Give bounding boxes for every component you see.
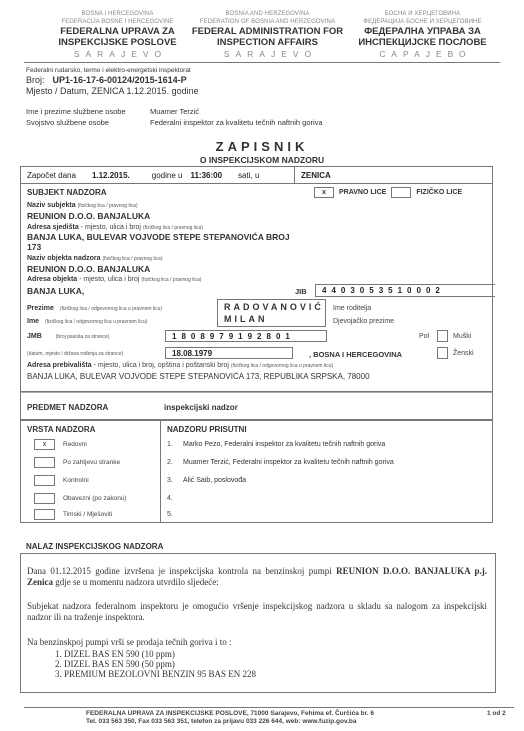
country-name: BOSNIA AND HERZEGOVINA xyxy=(180,10,355,18)
case-number: Broj:UP1-16-17-6-00124/2015-1614-P xyxy=(26,75,199,86)
first-name-value: MILAN xyxy=(224,314,268,324)
jib-value: 4403053510002 xyxy=(315,284,495,297)
seat-address-value: BANJA LUKA, BULEVAR VOJVODE STEPE STEPAN… xyxy=(27,232,290,242)
first-name-label: Ime (fizičkog lica / odgovornog lica u p… xyxy=(27,318,147,325)
findings-paragraph-2: Subjekat nadzora federalnom inspektoru j… xyxy=(27,601,487,623)
city-name: САРАЈЕВО xyxy=(335,48,510,60)
footer-contact: Tel. 033 563 350, Fax 033 563 351, telef… xyxy=(86,718,374,726)
legal-entity-label: PRAVNO LICE xyxy=(339,189,386,196)
inspection-subject-value: inspekcijski nadzor xyxy=(164,403,238,412)
birth-info-label: (datum, mjesto i država rođenja za stran… xyxy=(27,351,123,357)
inspection-type-title: VRSTA NADZORA xyxy=(27,425,95,434)
gender-label: Pol xyxy=(419,333,429,340)
maiden-name-label: Djevojačko prezime xyxy=(333,318,394,325)
label-text: Ime xyxy=(27,318,39,325)
seat-address-value-line2: 173 xyxy=(27,242,41,252)
city-name: SARAJEVO xyxy=(180,48,355,60)
start-date-value: 1.12.2015. xyxy=(92,171,130,180)
type-control-label: Kontrolni xyxy=(63,477,89,484)
object-address-value: BANJA LUKA, xyxy=(27,286,84,296)
official-role-value: Federalni inspektor za kvalitetu tečnih … xyxy=(150,117,323,128)
type-mandatory-checkbox[interactable] xyxy=(34,493,55,504)
residence-address-label: Adresa prebivališta - mjesto, ulica i br… xyxy=(27,362,333,369)
seat-address-label: Adresa sjedišta - mjesto, ulica i broj (… xyxy=(27,224,203,231)
title-main: ZAPISNIK xyxy=(0,140,524,154)
label-mid: - mjesto, ulica i broj, opština i poštan… xyxy=(92,362,229,369)
object-name-label: Naziv objekta nadzora (fizičkog lica / p… xyxy=(27,255,163,262)
label-hint: (fizičkog lica / odgovornog lica u pravn… xyxy=(60,306,162,312)
findings-paragraph-3: Na benzinskpoj pumpi vrši se prodaja teč… xyxy=(27,637,487,648)
parent-name-label: Ime roditelja xyxy=(333,305,371,312)
present-person-num: 3. xyxy=(167,477,173,484)
label-mid: - mjesto, ulica i broj xyxy=(79,224,141,231)
fuel-list: 1. DIZEL BAS EN 590 (10 ppm) 2. DIZEL BA… xyxy=(55,649,256,679)
type-on-request-label: Po zahtjevu stranke xyxy=(63,459,120,466)
entity-type: x PRAVNO LICE FIZIČKO LICE xyxy=(314,187,462,198)
type-regular-checkbox[interactable]: x xyxy=(34,439,55,450)
city-name: SARAJEVO xyxy=(30,48,205,60)
federation-name: ФЕДЕРАЦИЈА БОСНЕ И ХЕРЦЕГОВИНЕ xyxy=(335,18,510,26)
findings-paragraph-1: Dana 01.12.2015 godine izvršena je inspe… xyxy=(27,566,487,588)
title-sub: O INSPEKCIJSKOM NADZORU xyxy=(0,155,524,166)
type-on-request-checkbox[interactable] xyxy=(34,457,55,468)
findings-section: Dana 01.12.2015 godine izvršena je inspe… xyxy=(20,553,496,693)
label-hint: (broj pasoša za strance) xyxy=(56,334,110,340)
country-name: BOSNA I HERCEGOVINA xyxy=(30,10,205,18)
agency-name-line1: FEDERALNA UPRAVA ZA xyxy=(30,26,205,37)
type-regular-label: Redovni xyxy=(63,441,87,448)
label-text: Adresa prebivališta xyxy=(27,362,92,369)
official-name-value: Muamer Terzić xyxy=(150,106,199,117)
inspection-subject-row: PREDMET NADZORA inspekcijski nadzor xyxy=(20,392,493,420)
footer: FEDERALNA UPRAVA ZA INSPEKCIJSKE POSLOVE… xyxy=(86,710,374,726)
object-name-value: REUNION D.O.O. BANJALUKA xyxy=(27,264,150,274)
start-date-label: Započet dana xyxy=(27,171,76,180)
present-person-num: 4. xyxy=(167,495,173,502)
page-number: 1 od 2 xyxy=(487,710,506,717)
country-name: БОСНА И ХЕРЦЕГОВИНА xyxy=(335,10,510,18)
fuel-item: 1. DIZEL BAS EN 590 (10 ppm) xyxy=(55,649,256,659)
federation-name: FEDERATION OF BOSNIA AND HERZEGOVINA xyxy=(180,18,355,26)
start-place-label: sati, u xyxy=(238,171,259,180)
present-person-num: 1. xyxy=(167,441,173,448)
type-mandatory-label: Obavezni (po zakonu) xyxy=(63,495,127,502)
natural-person-label: FIZIČKO LICE xyxy=(416,189,462,196)
label-hint: (fizičkog lica / odgovornog lica u pravn… xyxy=(45,319,147,325)
label-hint: (fizičkog lica / pravnog lica) xyxy=(141,277,201,283)
label-text: JMB xyxy=(27,333,42,340)
type-control-checkbox[interactable] xyxy=(34,475,55,486)
label-hint: (fizičkog lica / pravnog lica) xyxy=(78,203,138,209)
agency-name-line2: INSPECTION AFFAIRS xyxy=(180,37,355,48)
surname-label: Prezime (fizičkog lica / odgovornog lica… xyxy=(27,305,162,312)
header-divider xyxy=(24,62,500,63)
female-checkbox[interactable] xyxy=(437,347,448,359)
jmb-label: JMB (broj pasoša za strance) xyxy=(27,333,109,340)
present-persons-title: NADZORU PRISUTNI xyxy=(167,425,247,434)
male-label: Muški xyxy=(453,333,471,340)
label-mid: - mjesto, ulica i broj xyxy=(77,276,139,283)
name-box: RADOVANOVIĆ MILAN xyxy=(217,299,326,327)
place-date: Mjesto / Datum, ZENICA 1.12.2015. godine xyxy=(26,86,199,97)
label-hint: (fizičkog lica / pravnog lica) xyxy=(102,256,162,262)
jmb-value: 1808979192801 xyxy=(165,330,327,342)
label-text: Naziv subjekta xyxy=(27,202,76,209)
label-hint: (fizičkog lica / pravnog lica) xyxy=(143,225,203,231)
subject-name-value: REUNION D.O.O. BANJALUKA xyxy=(27,211,150,221)
type-team-label: Timski / Mješoviti xyxy=(63,511,112,518)
object-address-label: Adresa objekta - mjesto, ulica i broj (f… xyxy=(27,276,201,283)
male-checkbox[interactable] xyxy=(437,330,448,342)
subject-section-title: SUBJEKT NADZORA xyxy=(27,188,107,197)
agency-name-line1: FEDERAL ADMINISTRATION FOR xyxy=(180,26,355,37)
present-person: Alić Saib, poslovođa xyxy=(183,477,246,484)
label-text: Prezime xyxy=(27,305,54,312)
present-person: Muamer Terzić, Federalni inspektor za kv… xyxy=(183,459,394,466)
legal-entity-checkbox[interactable]: x xyxy=(314,187,334,198)
official-info: Ime i prezime službene osobeMuamer Terzi… xyxy=(26,106,323,128)
agency-name-line2: INSPEKCIJSKE POSLOVE xyxy=(30,37,205,48)
female-label: Ženski xyxy=(453,350,474,357)
footer-divider xyxy=(24,707,514,708)
jib-label: JIB xyxy=(295,287,307,296)
label-text: Adresa sjedišta xyxy=(27,224,79,231)
document-meta: Federalni rudarsko, termo i elektro-ener… xyxy=(26,66,199,97)
present-person: Marko Pezo, Federalni inspektor za kvali… xyxy=(183,441,385,448)
agency-name-line2: ИНСПЕКЦИЈСКЕ ПОСЛОВЕ xyxy=(335,37,510,48)
case-number-label: Broj: xyxy=(26,75,45,85)
findings-text: Dana 01.12.2015 godine izvršena je inspe… xyxy=(27,566,336,576)
subject-name-label: Naziv subjekta (fizičkog lica / pravnog … xyxy=(27,202,138,209)
residence-address-value: BANJA LUKA, BULEVAR VOJVODE STEPE STEPAN… xyxy=(27,372,370,381)
birth-date-value: 18.08.1979 xyxy=(165,347,293,359)
footer-address: FEDERALNA UPRAVA ZA INSPEKCIJSKE POSLOVE… xyxy=(86,710,374,718)
present-person-num: 2. xyxy=(167,459,173,466)
label-hint: (fizičkog lica / odgovornog lica u pravn… xyxy=(231,363,333,369)
label-text: Adresa objekta xyxy=(27,276,77,283)
findings-title: NALAZ INSPEKCIJSKOG NADZORA xyxy=(26,542,163,551)
start-place-value: ZENICA xyxy=(301,171,331,180)
letterhead-english: BOSNIA AND HERZEGOVINA FEDERATION OF BOS… xyxy=(180,10,355,60)
federation-name: FEDERACIJA BOSNE I HERCEGOVINE xyxy=(30,18,205,26)
fuel-item: 3. PREMIUM BEZOLOVNI BENZIN 95 BAS EN 22… xyxy=(55,669,256,679)
agency-name-line1: ФЕДЕРАЛНА УПРАВА ЗА xyxy=(335,26,510,37)
natural-person-checkbox[interactable] xyxy=(391,187,411,198)
inspection-subject-label: PREDMET NADZORA xyxy=(27,403,108,412)
inspection-start-row: Započet dana 1.12.2015. godine u 11:36:0… xyxy=(20,166,493,184)
label-text: Naziv objekta nadzora xyxy=(27,255,101,262)
official-name-label: Ime i prezime službene osobe xyxy=(26,106,150,117)
surname-value: RADOVANOVIĆ xyxy=(224,302,324,312)
document-title: ZAPISNIK O INSPEKCIJSKOM NADZORU xyxy=(0,140,524,166)
start-time-value: 11:36:00 xyxy=(190,171,222,180)
official-role-label: Svojstvo službene osobe xyxy=(26,117,150,128)
inspectorate-name: Federalni rudarsko, termo i elektro-ener… xyxy=(26,66,199,75)
case-number-value: UP1-16-17-6-00124/2015-1614-P xyxy=(53,75,187,85)
findings-text: gdje se u momentu nadzora utvrdilo sljed… xyxy=(53,577,219,587)
column-divider xyxy=(160,421,161,522)
letterhead-bosnian: BOSNA I HERCEGOVINA FEDERACIJA BOSNE I H… xyxy=(30,10,205,60)
letterhead-cyrillic: БОСНА И ХЕРЦЕГОВИНА ФЕДЕРАЦИЈА БОСНЕ И Х… xyxy=(335,10,510,60)
present-person-num: 5. xyxy=(167,511,173,518)
start-time-label: godine u xyxy=(152,171,183,180)
inspection-type-section: VRSTA NADZORA x Redovni Po zahtjevu stra… xyxy=(20,420,493,523)
birth-country-value: , BOSNA I HERCEGOVINA xyxy=(309,350,402,359)
letterhead: BOSNA I HERCEGOVINA FEDERACIJA BOSNE I H… xyxy=(0,10,524,62)
subject-section: SUBJEKT NADZORA x PRAVNO LICE FIZIČKO LI… xyxy=(20,184,493,392)
type-team-checkbox[interactable] xyxy=(34,509,55,520)
fuel-item: 2. DIZEL BAS EN 590 (50 ppm) xyxy=(55,659,256,669)
